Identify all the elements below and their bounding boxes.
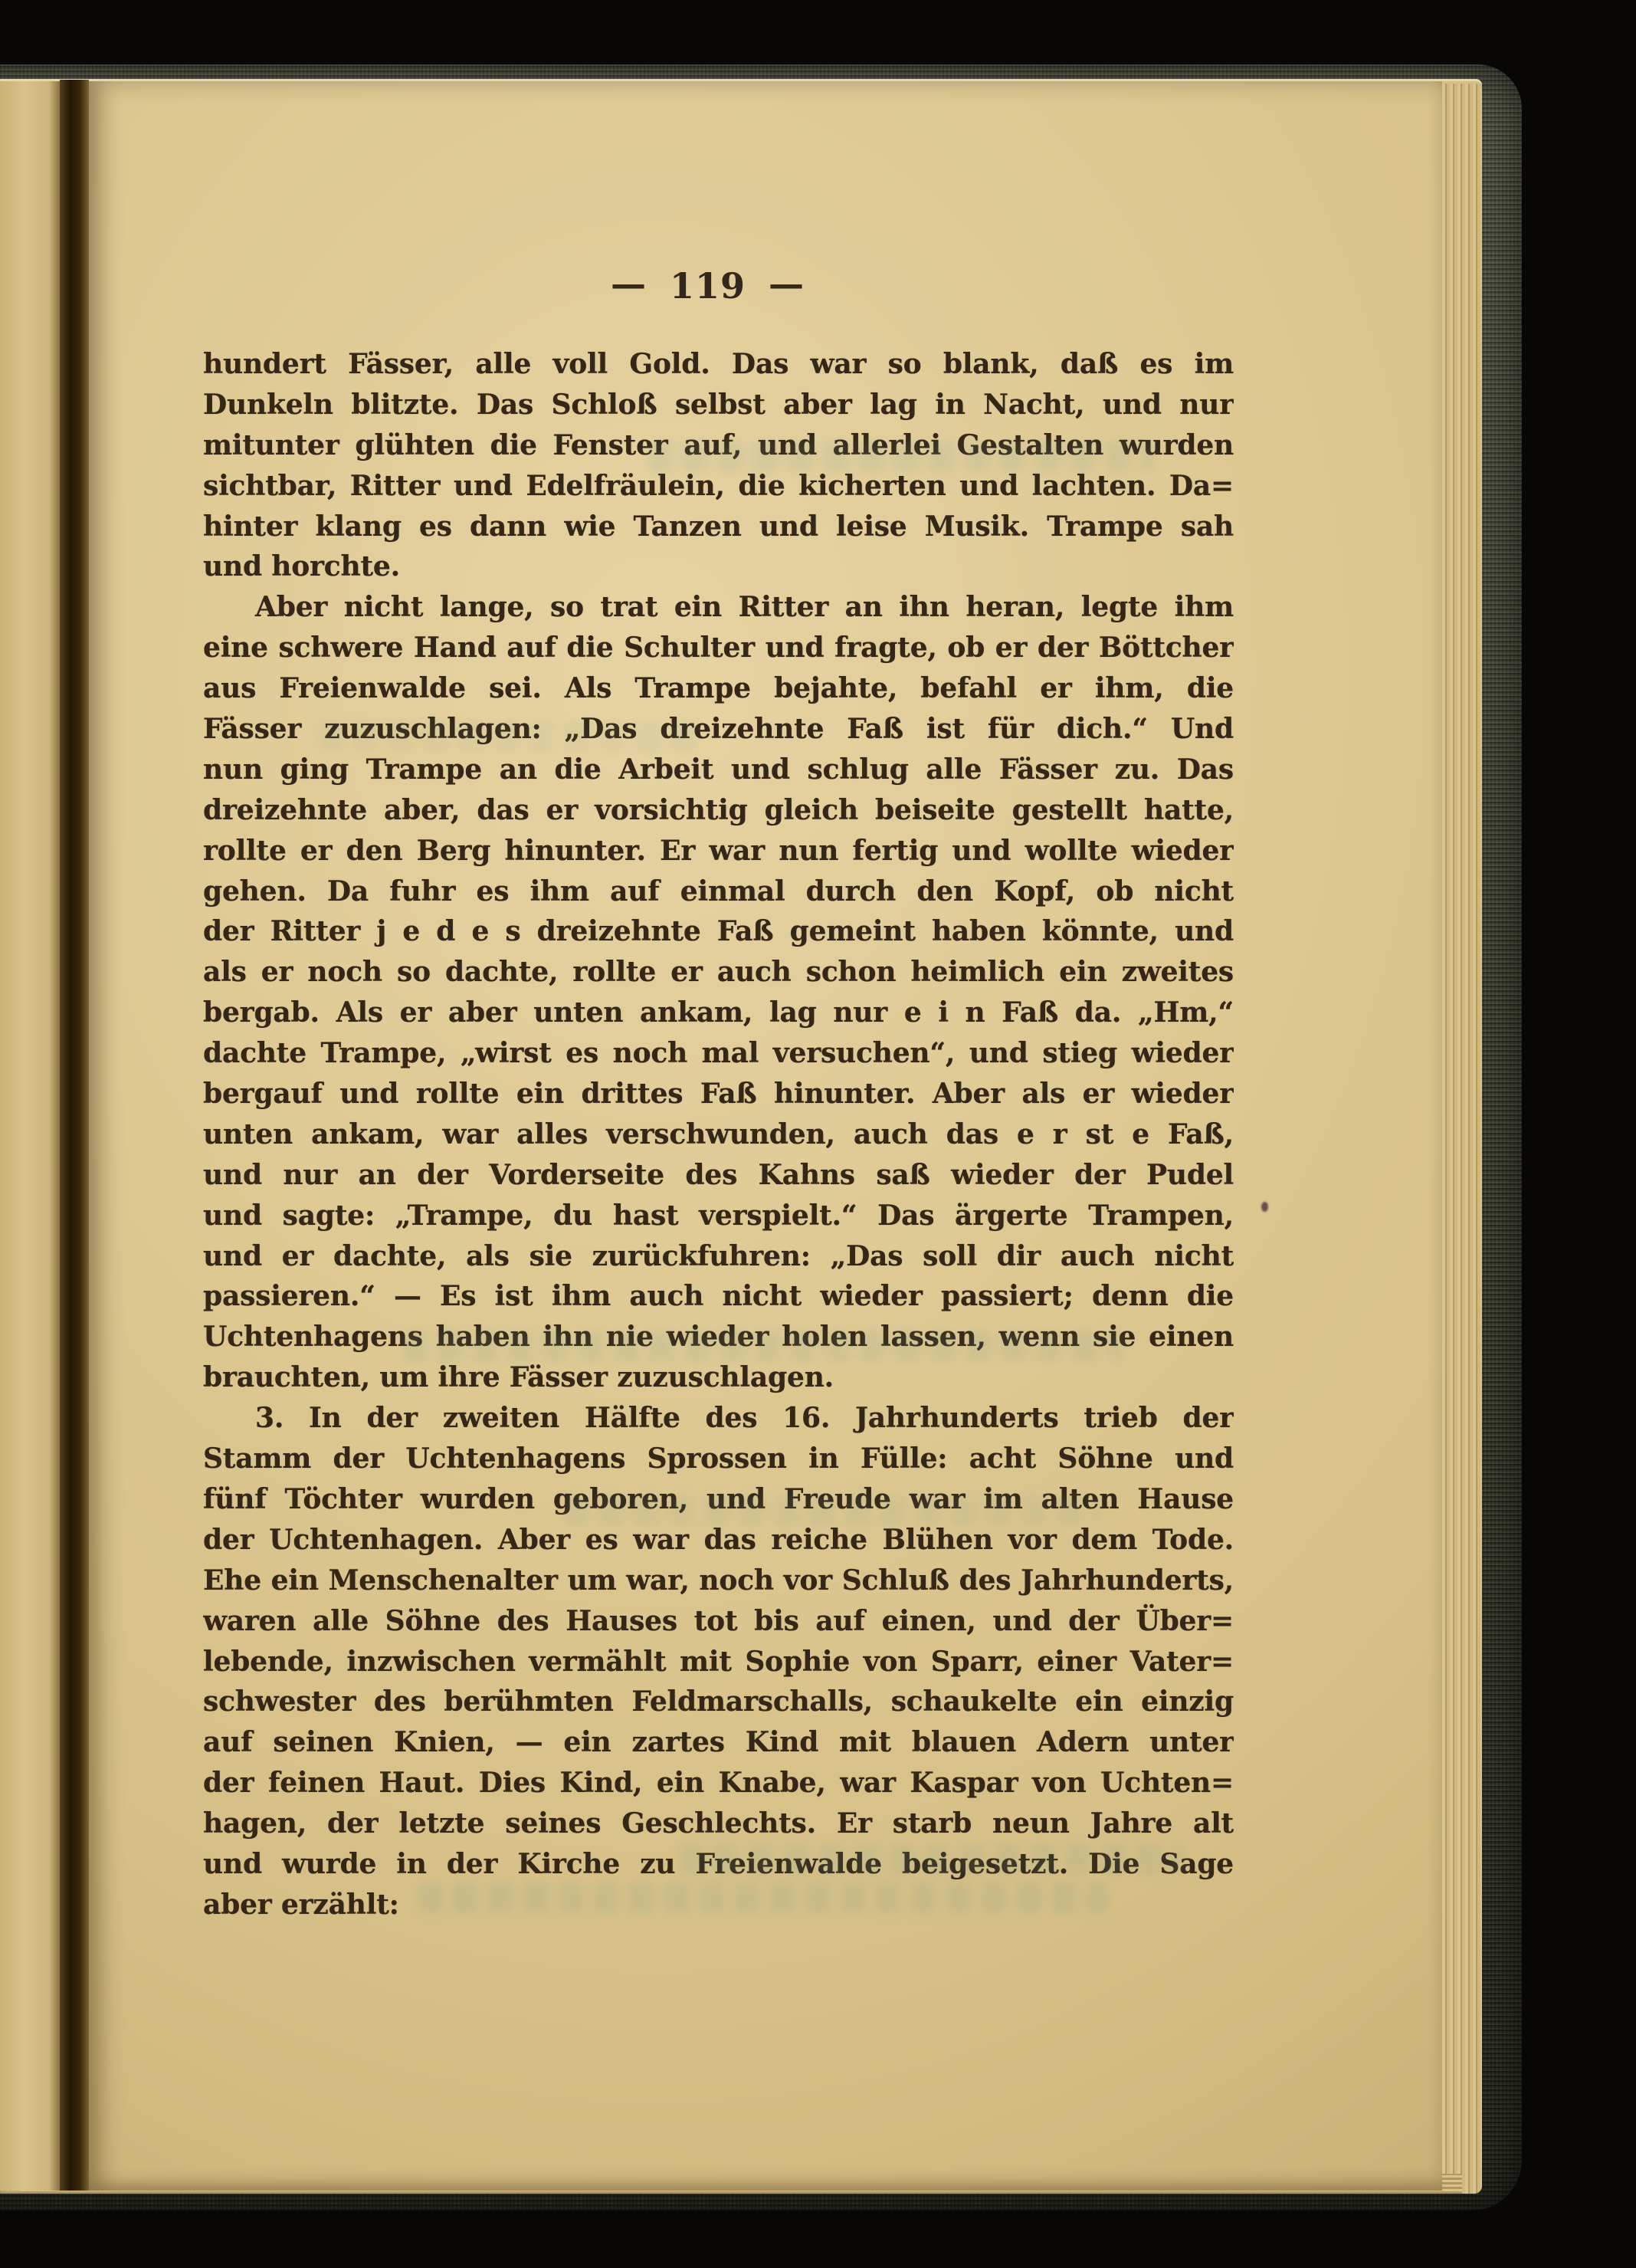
show-through-smudge <box>679 1844 1185 1875</box>
page-number: 119 <box>670 265 746 307</box>
book-page: —119— hundert Fässer, alle voll Gold. Da… <box>89 81 1442 2191</box>
paragraph: Aber nicht lange, so trat ein Ritter an … <box>203 587 1234 1398</box>
show-through-smudge <box>319 721 702 752</box>
text-line: auf seinen Knien, — ein zartes Kind mit … <box>203 1722 1234 1763</box>
show-through-smudge <box>564 1495 1100 1526</box>
text-line: waren alle Söhne des Hauses tot bis auf … <box>203 1601 1234 1642</box>
text-line: der feinen Haut. Dies Kind, ein Knabe, w… <box>203 1763 1234 1804</box>
text-line: und er dachte, als sie zurückfuhren: „Da… <box>203 1236 1234 1277</box>
text-line: unten ankam, war alles verschwunden, auc… <box>203 1114 1234 1155</box>
text-line: dachte Trampe, „wirst es noch mal versuc… <box>203 1033 1234 1074</box>
gutter-shadow <box>60 80 89 2191</box>
text-line: bergab. Als er aber unten ankam, lag nur… <box>203 993 1234 1033</box>
text-line: gehen. Da fuhr es ihm auf einmal durch d… <box>203 871 1234 912</box>
page-text: hundert Fässer, alle voll Gold. Das war … <box>203 344 1234 1925</box>
text-line: passieren.“ — Es ist ihm auch nicht wied… <box>203 1276 1234 1317</box>
text-line: aus Freienwalde sei. Als Trampe bejahte,… <box>203 668 1234 709</box>
text-line: nun ging Trampe an die Arbeit und schlug… <box>203 750 1234 790</box>
show-through-smudge <box>403 1331 1123 1361</box>
text-line: hundert Fässer, alle voll Gold. Das war … <box>203 344 1234 385</box>
text-line: lebende, inzwischen vermählt mit Sophie … <box>203 1642 1234 1682</box>
text-line: als er noch so dachte, rollte er auch sc… <box>203 952 1234 993</box>
text-line: eine schwere Hand auf die Schulter und f… <box>203 628 1234 668</box>
text-line: bergauf und rollte ein drittes Faß hinun… <box>203 1074 1234 1114</box>
text-line: dreizehnte aber, das er vorsichtig gleic… <box>203 790 1234 831</box>
text-line: brauchten, um ihre Fässer zuzuschlagen. <box>203 1357 1234 1398</box>
text-line: hagen, der letzte seines Geschlechts. Er… <box>203 1804 1234 1844</box>
header-dash-left: — <box>611 263 647 304</box>
text-line: Ehe ein Menschenalter um war, noch vor S… <box>203 1561 1234 1601</box>
text-line: hinter klang es dann wie Tanzen und leis… <box>203 507 1234 547</box>
header-dash-right: — <box>769 263 805 304</box>
text-line: und horchte. <box>203 546 1234 587</box>
text-line: und sagte: „Trampe, du hast verspielt.“ … <box>203 1196 1234 1236</box>
text-line: rollte er den Berg hinunter. Er war nun … <box>203 831 1234 871</box>
text-line: Aber nicht lange, so trat ein Ritter an … <box>203 587 1234 628</box>
page-edge-right <box>1442 84 1482 2194</box>
show-through-smudge <box>418 1882 1108 1913</box>
text-line: und nur an der Vorderseite des Kahns saß… <box>203 1155 1234 1196</box>
show-through-smudge <box>648 441 1154 472</box>
text-line: 3. In der zweiten Hälfte des 16. Jahrhun… <box>203 1398 1234 1439</box>
text-line: Stamm der Uchtenhagens Sprossen in Fülle… <box>203 1439 1234 1479</box>
text-line: Dunkeln blitzte. Das Schloß selbst aber … <box>203 385 1234 425</box>
facing-page-edge <box>0 81 60 2191</box>
text-line: der Ritter j e d e s dreizehnte Faß geme… <box>203 911 1234 952</box>
scanned-book-photo: { "page": { "number": "119", "header": {… <box>0 0 1636 2268</box>
text-line: schwester des berühmten Feldmarschalls, … <box>203 1682 1234 1722</box>
ink-fleck <box>1261 1202 1268 1212</box>
page-header: —119— <box>192 265 1223 307</box>
